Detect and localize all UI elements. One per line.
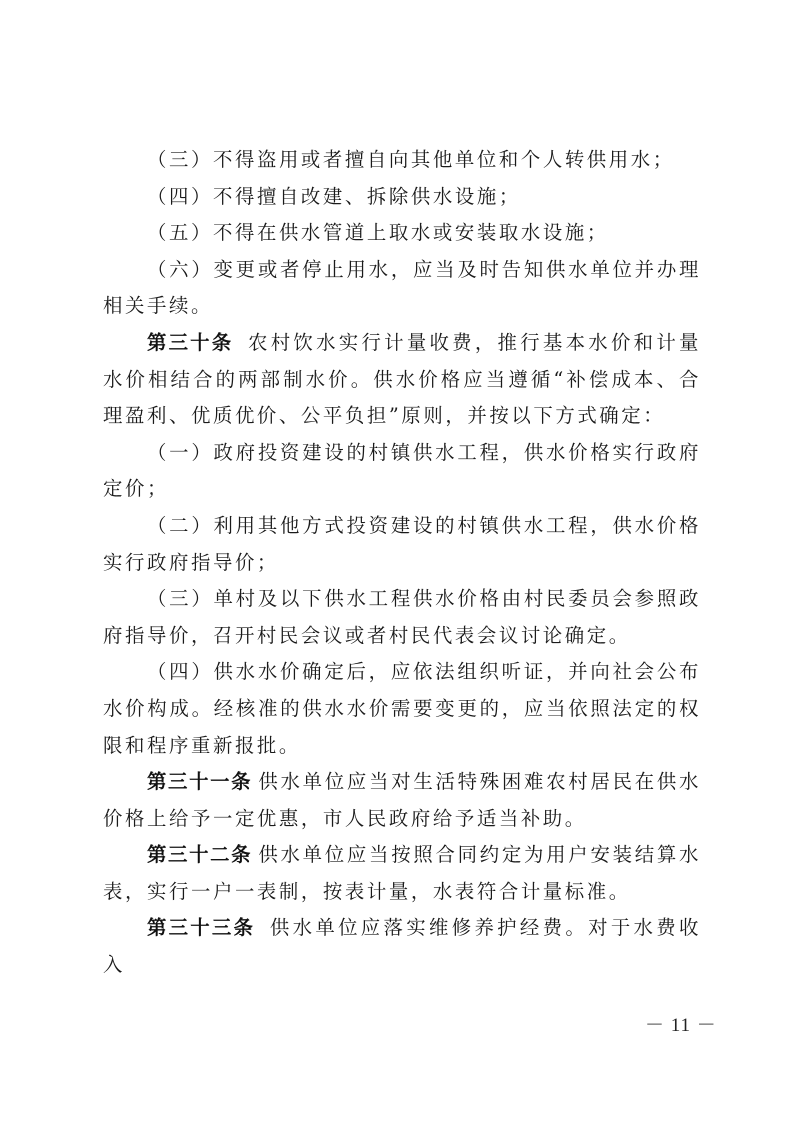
list-item-4b: （四）供水水价确定后，应依法组织听证，并向社会公布水价构成。经核准的供水水价需要…: [103, 654, 701, 764]
item-text: （四）供水水价确定后，应依法组织听证，并向社会公布水价构成。经核准的供水水价需要…: [103, 660, 701, 756]
list-item-1: （一）政府投资建设的村镇供水工程，供水价格实行政府定价；: [103, 435, 701, 508]
item-text: （一）政府投资建设的村镇供水工程，供水价格实行政府定价；: [103, 441, 701, 501]
article-31: 第三十一条供水单位应当对生活特殊困难农村居民在供水价格上给予一定优惠，市人民政府…: [103, 764, 701, 837]
item-text: （二）利用其他方式投资建设的村镇供水工程，供水价格实行政府指导价；: [103, 514, 701, 574]
page-number: － 11 －: [645, 1010, 717, 1037]
item-text: （四）不得擅自改建、拆除供水设施；: [147, 185, 521, 208]
document-body: （三）不得盗用或者擅自向其他单位和个人转供用水； （四）不得擅自改建、拆除供水设…: [103, 142, 701, 984]
list-item-6: （六）变更或者停止用水，应当及时告知供水单位并办理相关手续。: [103, 252, 701, 325]
article-32: 第三十二条供水单位应当按照合同约定为用户安装结算水表，实行一户一表制，按表计量，…: [103, 837, 701, 910]
item-text: （三）不得盗用或者擅自向其他单位和个人转供用水；: [147, 148, 675, 171]
article-30: 第三十条农村饮水实行计量收费，推行基本水价和计量水价相结合的两部制水价。供水价格…: [103, 325, 701, 435]
list-item-5: （五）不得在供水管道上取水或安装取水设施；: [103, 215, 701, 252]
article-heading: 第三十二条: [147, 843, 252, 866]
article-33: 第三十三条供水单位应落实维修养护经费。对于水费收入: [103, 910, 701, 983]
article-heading: 第三十三条: [147, 916, 255, 939]
item-text: （五）不得在供水管道上取水或安装取水设施；: [147, 221, 609, 244]
list-item-3b: （三）单村及以下供水工程供水价格由村民委员会参照政府指导价，召开村民会议或者村民…: [103, 581, 701, 654]
list-item-4: （四）不得擅自改建、拆除供水设施；: [103, 179, 701, 216]
item-text: （六）变更或者停止用水，应当及时告知供水单位并办理相关手续。: [103, 258, 701, 318]
list-item-3: （三）不得盗用或者擅自向其他单位和个人转供用水；: [103, 142, 701, 179]
article-heading: 第三十一条: [147, 770, 252, 793]
list-item-2: （二）利用其他方式投资建设的村镇供水工程，供水价格实行政府指导价；: [103, 508, 701, 581]
article-heading: 第三十条: [147, 331, 233, 354]
item-text: （三）单村及以下供水工程供水价格由村民委员会参照政府指导价，召开村民会议或者村民…: [103, 587, 701, 647]
